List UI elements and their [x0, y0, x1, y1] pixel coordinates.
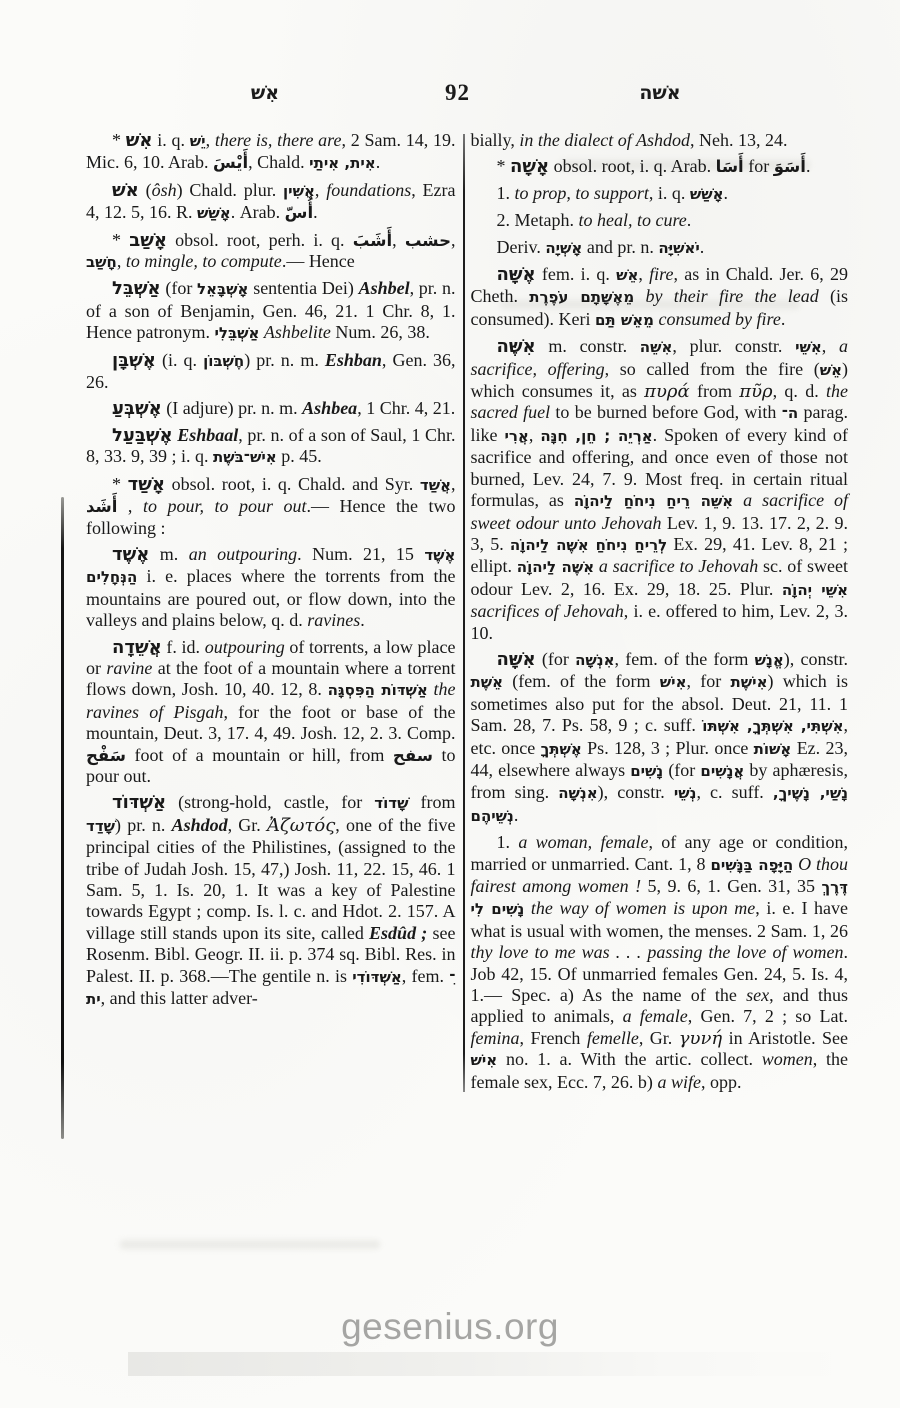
text-segment: by their fire the lead — [645, 286, 818, 306]
entry-paragraph: Deriv. אָשְׁיָה and pr. n. יֹאשִׁיָּה. — [471, 237, 849, 259]
text-segment: to pour, to pour out — [143, 496, 307, 516]
text-segment: , Neh. 13, 24. — [690, 130, 788, 150]
text-segment: and pr. n. — [582, 237, 658, 257]
entry-paragraph: אִשָּׁה (for אִנְשָׁה, fem. of the form … — [471, 649, 849, 827]
text-segment: , i. q. — [649, 183, 690, 203]
text-segment: Esdûd ; — [369, 923, 427, 943]
text-segment: bially, — [471, 130, 520, 150]
text-segment: p. 45. — [277, 446, 322, 466]
hebrew-text: אֲרִי — [504, 427, 528, 445]
text-segment — [733, 490, 743, 510]
text-segment: Eshban — [325, 350, 382, 370]
text-segment: . Arab. — [231, 202, 285, 222]
arabic-text: أَشَبَ — [353, 231, 392, 250]
arabic-text: حشب — [405, 231, 451, 250]
text-segment: . — [514, 805, 519, 825]
text-segment: (strong-hold, castle, for — [166, 792, 374, 812]
text-segment: . — [376, 152, 381, 172]
arabic-text: سَفْح — [86, 746, 126, 765]
hebrew-text: אַשְׁדּוֹדִי — [352, 968, 402, 986]
entry-paragraph: אֶשְׁבַּעַל Eshbaal, pr. n. of a son of … — [86, 425, 456, 469]
text-segment: 1. — [497, 832, 519, 852]
entry-paragraph: אַשְׁבֵּל (for אָשְׁבָּאֵל sententia Dei… — [86, 278, 456, 344]
text-segment: foundations — [326, 180, 411, 200]
hebrew-text: אֶשְׁתְּךָ — [541, 740, 582, 758]
hebrew-text: אִישֶׁת — [731, 673, 768, 691]
text-segment: , — [117, 496, 143, 516]
column-divider-rule — [463, 134, 465, 1092]
text-segment: , — [638, 264, 649, 284]
hebrew-headword: אִשֶּׁה — [497, 336, 536, 357]
entry-paragraph: * אָשַׁב obsol. root, perh. i. q. أَشَبَ… — [86, 230, 456, 274]
entry-paragraph: * אָשָׁה obsol. root, i. q. Arab. أَسَا … — [471, 156, 849, 177]
text-segment: . — [687, 210, 692, 230]
text-segment: , fem. of the form — [615, 649, 755, 669]
entry-paragraph: 2. Metaph. to heal, to cure. — [471, 210, 849, 231]
text-segment: fire — [649, 264, 673, 284]
text-segment — [634, 286, 645, 306]
text-segment: f. id. — [162, 637, 205, 657]
hebrew-text: מֵאֵשׁ תַּם — [595, 311, 654, 329]
text-segment: 2. Metaph. — [497, 210, 579, 230]
hebrew-text: אָשַׁשׁ — [690, 185, 724, 203]
arabic-text: أَسَوَ — [774, 157, 806, 176]
text-segment: , — [529, 425, 540, 445]
hebrew-headword: אַשְׁדּוֹד — [112, 792, 166, 813]
hebrew-text: הַיָּפָה בַּנָּשִׁים — [710, 856, 793, 874]
text-segment: , c. suff. — [696, 782, 772, 802]
hebrew-text: לְרֵיחַ נִיחֹחַ אִשֶּׁה לַיהוָֹה — [510, 536, 667, 554]
text-segment — [524, 898, 531, 918]
text-segment: , — [451, 474, 456, 494]
entry-paragraph: אשׁ (ôsh) Chald. plur. אֻשִּׁין, foundat… — [86, 180, 456, 225]
hebrew-headword: אֶשְׁבָּן — [112, 350, 156, 371]
text-segment: i. e. places where the torrents from the… — [86, 566, 456, 630]
text-segment: (I adjure) pr. n. m. — [162, 398, 302, 418]
text-segment: (fem. of the form — [503, 671, 660, 691]
entry-paragraph: bially, in the dialect of Ashdod, Neh. 1… — [471, 130, 849, 151]
text-segment: a female — [623, 1006, 688, 1026]
hebrew-text: אָשַׁשׁ — [197, 204, 231, 222]
hebrew-text: שָׁדוֹד — [374, 794, 408, 812]
hebrew-headword: אֶשְׁבַּעַל — [112, 425, 173, 446]
text-segment: , Chald. — [248, 152, 309, 172]
text-segment: , — [315, 180, 326, 200]
text-segment: foot of a mountain or hill, from — [126, 745, 393, 765]
hebrew-headword: אֶשְׁבְּעַ — [112, 398, 162, 419]
scan-artifact-band — [128, 1352, 848, 1376]
text-segment: Num. 26, 38. — [331, 322, 430, 342]
text-segment: , — [117, 251, 126, 271]
header-left-keyword: אִשׁ — [200, 80, 330, 106]
arabic-text: أَشَد — [86, 497, 117, 516]
hebrew-headword: אָשַׁד — [128, 474, 165, 495]
page-number: 92 — [420, 80, 495, 106]
text-segment: sex — [746, 985, 769, 1005]
hebrew-text: יֵשׁ — [190, 132, 206, 150]
text-segment: m. constr. — [536, 336, 640, 356]
entry-paragraph: אֲשֵׁדָה f. id. outpouring of torrents, … — [86, 637, 456, 788]
text-segment: outpouring — [205, 637, 285, 657]
hebrew-text: אֱנָשׁ — [755, 651, 784, 669]
text-segment: the way of women is upon me — [531, 898, 755, 918]
right-column: bially, in the dialect of Ashdod, Neh. 1… — [471, 130, 849, 1098]
arabic-text: أُسّ — [285, 203, 313, 222]
hebrew-text: אֲשַׁד — [420, 476, 451, 494]
text-segment: . — [700, 237, 705, 257]
hebrew-headword: אָשָׁה — [510, 156, 549, 177]
text-segment: to be burned before God, with — [550, 402, 782, 422]
text-segment: * — [112, 230, 129, 250]
text-segment: ( — [139, 180, 152, 200]
text-segment: , French — [520, 1028, 587, 1048]
text-segment: (for — [663, 760, 700, 780]
text-segment: i. q. — [153, 130, 190, 150]
hebrew-text: אַשְׁבֵּלִי — [214, 324, 259, 342]
text-segment: an outpouring — [189, 544, 297, 564]
greek-text: γυνή — [679, 1028, 722, 1049]
hebrew-text: אֻשִּׁין — [283, 182, 315, 200]
entry-paragraph: אֶשְׁבְּעַ (I adjure) pr. n. m. Ashbea, … — [86, 398, 456, 419]
hebrew-text: אָשְׁבָּאֵל — [197, 280, 248, 298]
entry-paragraph: אַשְׁדּוֹד (strong-hold, castle, for שָׁ… — [86, 792, 456, 1010]
header-right-keyword: אשׁה — [595, 80, 725, 106]
text-segment: * — [112, 474, 128, 494]
hebrew-text: נָשִׁים — [630, 762, 663, 780]
hebrew-text: אַשְׁדּוֹת הַפִּסְגָּה — [328, 681, 428, 699]
text-segment: ), constr. — [598, 782, 674, 802]
text-segment: , — [451, 230, 456, 250]
text-segment: ) pr. n. m. — [244, 350, 325, 370]
text-segment: , q. d. — [773, 381, 826, 401]
text-segment: ) pr. n. — [115, 815, 172, 835]
page-edge-scan-artifact — [61, 497, 64, 1139]
hebrew-text: מֵאֶשָּׁתָם עֹפֶרֶת — [529, 288, 634, 306]
entry-paragraph: 1. a woman, female, of any age or condit… — [471, 832, 849, 1093]
entry-paragraph: אֶשֶׁד m. an outpouring. Num. 21, 15 אֶש… — [86, 544, 456, 632]
arabic-text: سفح — [393, 746, 433, 765]
text-segment: Eshbaal — [177, 425, 238, 445]
text-segment: women — [762, 1049, 813, 1069]
text-segment: Ashdod — [172, 815, 228, 835]
text-segment: . — [724, 183, 729, 203]
arabic-text: أَيْسَ — [213, 153, 248, 172]
text-segment: , opp. — [701, 1072, 742, 1092]
scanned-dictionary-page: אִשׁ 92 אשׁה * אִשׁ i. q. יֵשׁ, there is… — [0, 0, 900, 1408]
text-segment: to heal, to cure — [578, 210, 686, 230]
text-segment: , so called from the fire ( — [605, 359, 820, 379]
text-segment: , — [206, 130, 215, 150]
hebrew-text: אָשְׁיָה — [545, 239, 582, 257]
text-segment: , 1 Chr. 4, 21. — [357, 398, 455, 418]
text-segment: from — [408, 792, 455, 812]
hebrew-text: אִישׁ־בּשֶׁת — [213, 448, 277, 466]
text-segment: , Gen. 7, 2 ; so Lat. — [688, 1006, 848, 1026]
hebrew-text: אִית, אִיתַי — [309, 154, 376, 172]
text-segment: fem. i. q. — [536, 264, 617, 284]
text-segment: . Num. 21, 15 — [297, 544, 424, 564]
text-segment: Ashbel — [359, 278, 410, 298]
text-segment: Deriv. — [497, 237, 546, 257]
text-segment: , plur. constr. — [672, 336, 795, 356]
entry-paragraph: 1. to prop, to support, i. q. אָשַׁשׁ. — [471, 183, 849, 205]
greek-text: πῦρ — [739, 381, 772, 402]
hebrew-text: אִשֵּׁה — [640, 338, 673, 356]
hebrew-headword: אִשׁ — [126, 130, 153, 151]
text-segment: Ps. 128, 3 ; Plur. once — [582, 738, 754, 758]
text-segment: 5, 9. 6, 1. Gen. 31, 35 — [641, 876, 821, 896]
text-segment: femina — [471, 1028, 520, 1048]
hebrew-text: חָשַׁב — [86, 253, 117, 271]
text-segment: sacrifices of Jehovah — [471, 601, 624, 621]
watermark: gesenius.org — [0, 1306, 900, 1348]
entry-paragraph: * אָשַׁד obsol. root, i. q. Chald. and S… — [86, 474, 456, 539]
hebrew-headword: אֶשָּׁה — [497, 264, 536, 285]
hebrew-headword: אָשַׁב — [129, 230, 167, 251]
text-segment: , Gr. — [228, 815, 267, 835]
hebrew-text: יֹאשִׁיָּה — [658, 239, 699, 257]
hebrew-text: אִשֵּׁי — [795, 338, 822, 356]
text-segment: . — [781, 309, 786, 329]
hebrew-text: שָׁדַד — [86, 817, 115, 835]
text-segment: ravines — [307, 610, 360, 630]
text-segment: to prop, to support — [515, 183, 649, 203]
hebrew-text: נְשֵׁי — [674, 784, 697, 802]
text-segment: (for — [536, 649, 575, 669]
hebrew-text: אֵשֶׁת — [471, 673, 504, 691]
text-segment: to mingle, to compute — [126, 251, 282, 271]
hebrew-text: אַרְיֵה ; חֵן, חִנָּה — [540, 427, 652, 445]
text-segment: in the dialect of Ashdod — [519, 130, 690, 150]
text-segment: , fem. — [402, 966, 450, 986]
text-segment: a woman, female — [518, 832, 648, 852]
hebrew-text: אִנְשָׁה — [558, 784, 597, 802]
greek-text: Ἀζωτός — [267, 815, 335, 836]
hebrew-text: חֶשְׁבּוֹן — [203, 352, 244, 370]
hebrew-text: אִישׁ — [660, 673, 687, 691]
text-segment: . — [806, 156, 811, 176]
hebrew-headword: אשׁ — [112, 180, 139, 201]
hebrew-headword: אַשְׁבֵּל — [112, 278, 161, 299]
greek-text: πυρά — [644, 381, 690, 402]
hebrew-text: אִישׁ — [471, 1051, 498, 1069]
text-segment: , — [392, 230, 405, 250]
hebrew-text: אֵשׁ — [820, 361, 842, 379]
text-segment: in Aristotle. See — [722, 1028, 848, 1048]
text-segment: * — [497, 156, 511, 176]
running-header: אִשׁ 92 אשׁה — [0, 80, 900, 110]
text-segment: . — [360, 610, 365, 630]
hebrew-text: אִשְׁתִּי, אִשְׁתְּךָ, אִשְׁתּוֹ — [702, 717, 843, 735]
entry-paragraph: אִשֶּׁה m. constr. אִשֵּׁה, plur. constr… — [471, 336, 849, 644]
text-segment: a wife — [657, 1072, 701, 1092]
hebrew-text: אִשֵּׁה רֵיחַ נִיחֹחַ לַיהוָֹה — [574, 492, 733, 510]
text-segment: m. — [149, 544, 188, 564]
text-segment: , and this latter adver- — [101, 988, 258, 1008]
text-segment: ravine — [106, 658, 152, 678]
text-segment: 1. — [497, 183, 515, 203]
text-segment: (for — [161, 278, 197, 298]
text-segment: . — [313, 202, 318, 222]
hebrew-text: אֲנָשִׁים — [700, 762, 744, 780]
text-segment: from — [690, 381, 740, 401]
entry-paragraph: * אִשׁ i. q. יֵשׁ, there is, there are, … — [86, 130, 456, 175]
text-segment: consumed by fire — [659, 309, 781, 329]
hebrew-text: אָשׁוֹת — [754, 740, 792, 758]
bleed-through-smudge — [120, 1240, 380, 1249]
hebrew-text: אִנְשָׁה — [575, 651, 614, 669]
hebrew-text: אֵשׁ — [616, 266, 638, 284]
text-segment: ) Chald. plur. — [177, 180, 283, 200]
text-segment: (i. q. — [156, 350, 203, 370]
hebrew-headword: אֲשֵׁדָה — [112, 637, 162, 658]
text-segment: Ashbea — [302, 398, 357, 418]
hebrew-text: ה־ — [782, 404, 799, 422]
text-segment: obsol. root, i. q. Chald. and Syr. — [165, 474, 420, 494]
text-segment: ), constr. — [784, 649, 848, 669]
text-segment: a sacrifice to Jehovah — [599, 556, 758, 576]
text-segment: .— Hence — [282, 251, 355, 271]
entry-paragraph: אֶשְׁבָּן (i. q. חֶשְׁבּוֹן) pr. n. m. E… — [86, 350, 456, 394]
text-segment: obsol. root, perh. i. q. — [167, 230, 353, 250]
two-column-text-area: * אִשׁ i. q. יֵשׁ, there is, there are, … — [86, 130, 848, 1098]
text-segment: * — [112, 130, 126, 150]
text-segment: femelle — [587, 1028, 639, 1048]
arabic-text: أَسَا — [716, 157, 744, 176]
left-column: * אִשׁ i. q. יֵשׁ, there is, there are, … — [86, 130, 456, 1098]
text-segment: thy love to me was . . . passing the lov… — [471, 942, 844, 962]
text-segment: Ashbelite — [264, 322, 331, 342]
text-segment: , for — [687, 671, 731, 691]
hebrew-headword: אִשָּׁה — [497, 649, 536, 670]
text-segment: ôsh — [152, 180, 177, 200]
entry-paragraph: אֶשָּׁה fem. i. q. אֵשׁ, fire, as in Cha… — [471, 264, 849, 331]
text-segment: there is, there are — [215, 130, 342, 150]
text-segment: , Gr. — [639, 1028, 679, 1048]
text-segment: no. 1. a. With the artic. collect. — [497, 1049, 762, 1069]
hebrew-headword: אֶשֶׁד — [112, 544, 149, 565]
text-segment: for — [744, 156, 774, 176]
hebrew-text: אִשֵּׁי יְהוָֹה — [782, 581, 848, 599]
hebrew-text: אִשֶּׁה לַיהוָֹה — [517, 558, 594, 576]
text-segment: sententia Dei) — [248, 278, 358, 298]
text-segment: , — [822, 336, 839, 356]
text-segment: obsol. root, i. q. Arab. — [549, 156, 716, 176]
